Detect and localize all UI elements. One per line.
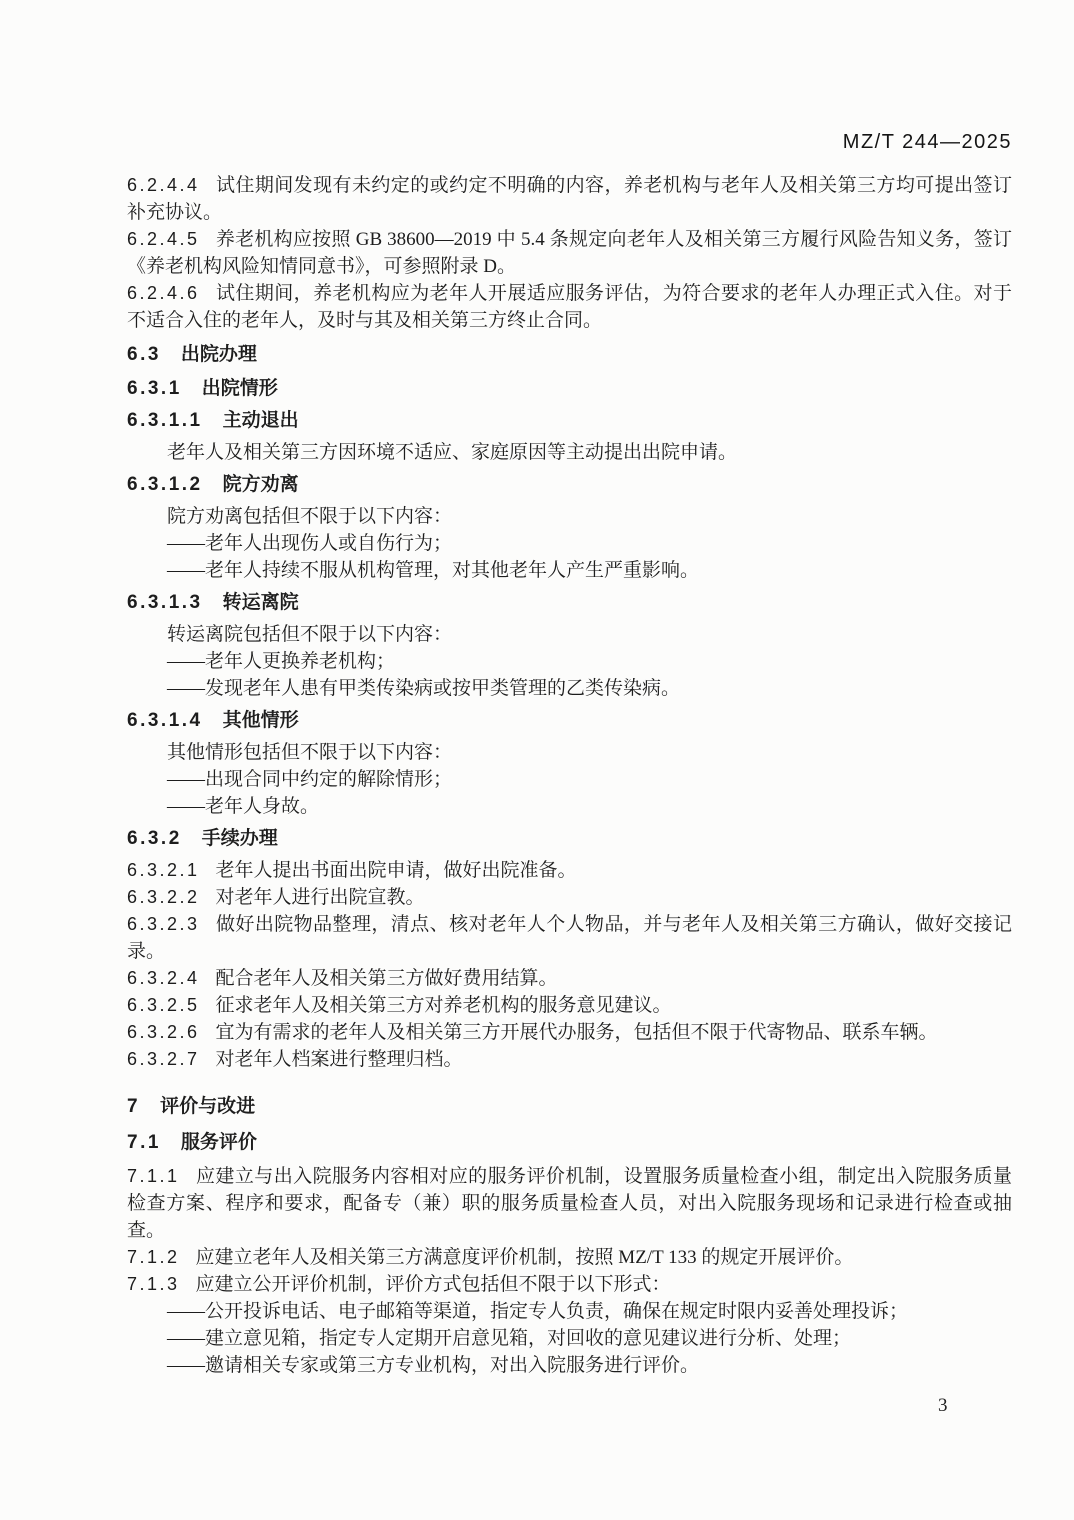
- clause-text: 应建立与出入院服务内容相对应的服务评价机制，设置服务质量检查小组，制定出入院服务…: [127, 1166, 1012, 1241]
- section-heading-6-3-1: 6.3.1出院情形: [127, 375, 1012, 402]
- clause-text: 对老年人进行出院宣教。: [216, 887, 425, 908]
- clause-number: 6.3.2.7: [127, 1049, 200, 1069]
- clause-text: 做好出院物品整理，清点、核对老年人个人物品，并与老年人及相关第三方确认，做好交接…: [127, 914, 1012, 962]
- clause-text: 配合老年人及相关第三方做好费用结算。: [216, 968, 558, 989]
- clause-6-3-2-4: 6.3.2.4配合老年人及相关第三方做好费用结算。: [127, 965, 1012, 992]
- heading-title: 主动退出: [223, 410, 299, 431]
- clause-text: 对老年人档案进行整理归档。: [216, 1049, 463, 1070]
- heading-title: 转运离院: [223, 592, 299, 613]
- dash-item: ——老年人持续不服从机构管理，对其他老年人产生严重影响。: [127, 557, 1012, 584]
- clause-number: 6.2.4.6: [127, 283, 200, 303]
- clause-text: 养老机构应按照 GB 38600—2019 中 5.4 条规定向老年人及相关第三…: [127, 229, 1012, 277]
- clause-6-3-2-6: 6.3.2.6宜为有需求的老年人及相关第三方开展代办服务，包括但不限于代寄物品、…: [127, 1019, 1012, 1046]
- paragraph: 老年人及相关第三方因环境不适应、家庭原因等主动提出出院申请。: [127, 439, 1012, 466]
- heading-title: 评价与改进: [160, 1096, 255, 1117]
- heading-number: 6.3.1.2: [127, 474, 203, 495]
- heading-title: 出院情形: [202, 378, 278, 399]
- paragraph: 院方劝离包括但不限于以下内容：: [127, 503, 1012, 530]
- clause-6-2-4-6: 6.2.4.6试住期间，养老机构应为老年人开展适应服务评估，为符合要求的老年人办…: [127, 280, 1012, 334]
- heading-title: 出院办理: [181, 344, 257, 365]
- clause-number: 6.3.2.5: [127, 995, 200, 1015]
- clause-7-1-1: 7.1.1应建立与出入院服务内容相对应的服务评价机制，设置服务质量检查小组，制定…: [127, 1163, 1012, 1244]
- heading-number: 6.3.1.4: [127, 710, 203, 731]
- document-page: MZ/T 244—2025 6.2.4.4试住期间发现有未约定的或约定不明确的内…: [0, 0, 1074, 1520]
- heading-number: 6.3.1.1: [127, 410, 203, 431]
- dash-item: ——出现合同中约定的解除情形；: [127, 766, 1012, 793]
- dash-item: ——邀请相关专家或第三方专业机构，对出入院服务进行评价。: [127, 1352, 1012, 1379]
- section-heading-6-3-2: 6.3.2手续办理: [127, 825, 1012, 852]
- dash-item: ——老年人身故。: [127, 793, 1012, 820]
- dash-item: ——建立意见箱，指定专人定期开启意见箱，对回收的意见建议进行分析、处理；: [127, 1325, 1012, 1352]
- clause-6-2-4-5: 6.2.4.5养老机构应按照 GB 38600—2019 中 5.4 条规定向老…: [127, 226, 1012, 280]
- section-heading-7: 7评价与改进: [127, 1093, 1012, 1120]
- clause-7-1-2: 7.1.2应建立老年人及相关第三方满意度评价机制，按照 MZ/T 133 的规定…: [127, 1244, 1012, 1271]
- clause-text: 应建立老年人及相关第三方满意度评价机制，按照 MZ/T 133 的规定开展评价。: [196, 1247, 854, 1268]
- section-heading-6-3: 6.3出院办理: [127, 341, 1012, 368]
- heading-title: 服务评价: [181, 1132, 257, 1153]
- heading-number: 7: [127, 1096, 140, 1117]
- clause-number: 6.3.2.3: [127, 914, 200, 934]
- standard-code: MZ/T 244—2025: [843, 131, 1012, 153]
- heading-number: 6.3: [127, 344, 161, 365]
- clause-number: 6.2.4.5: [127, 229, 200, 249]
- clause-number: 7.1.2: [127, 1247, 180, 1267]
- section-heading-6-3-1-4: 6.3.1.4其他情形: [127, 707, 1012, 734]
- clause-text: 征求老年人及相关第三方对养老机构的服务意见建议。: [216, 995, 672, 1016]
- clause-number: 6.3.2.2: [127, 887, 200, 907]
- section-heading-6-3-1-3: 6.3.1.3转运离院: [127, 589, 1012, 616]
- clause-text: 宜为有需求的老年人及相关第三方开展代办服务，包括但不限于代寄物品、联系车辆。: [216, 1022, 938, 1043]
- dash-item: ——公开投诉电话、电子邮箱等渠道，指定专人负责，确保在规定时限内妥善处理投诉；: [127, 1298, 1012, 1325]
- section-heading-6-3-1-2: 6.3.1.2院方劝离: [127, 471, 1012, 498]
- dash-item: ——老年人更换养老机构；: [127, 648, 1012, 675]
- page-number: 3: [938, 1395, 948, 1417]
- dash-item: ——老年人出现伤人或自伤行为；: [127, 530, 1012, 557]
- clause-number: 6.3.2.1: [127, 860, 200, 880]
- clause-number: 7.1.1: [127, 1166, 180, 1186]
- heading-number: 7.1: [127, 1132, 161, 1153]
- clause-number: 6.3.2.4: [127, 968, 200, 988]
- section-heading-7-1: 7.1服务评价: [127, 1129, 1012, 1156]
- clause-text: 应建立公开评价机制，评价方式包括但不限于以下形式：: [196, 1274, 671, 1295]
- clause-number: 6.2.4.4: [127, 175, 200, 195]
- clause-text: 试住期间发现有未约定的或约定不明确的内容，养老机构与老年人及相关第三方均可提出签…: [127, 175, 1012, 223]
- clause-number: 6.3.2.6: [127, 1022, 200, 1042]
- clause-6-3-2-1: 6.3.2.1老年人提出书面出院申请，做好出院准备。: [127, 857, 1012, 884]
- doc-header: MZ/T 244—2025: [127, 131, 1012, 154]
- heading-title: 院方劝离: [223, 474, 299, 495]
- clause-6-3-2-2: 6.3.2.2对老年人进行出院宣教。: [127, 884, 1012, 911]
- heading-title: 其他情形: [223, 710, 299, 731]
- heading-number: 6.3.1: [127, 378, 182, 399]
- clause-6-3-2-7: 6.3.2.7对老年人档案进行整理归档。: [127, 1046, 1012, 1073]
- clause-text: 老年人提出书面出院申请，做好出院准备。: [216, 860, 577, 881]
- clause-6-3-2-3: 6.3.2.3做好出院物品整理，清点、核对老年人个人物品，并与老年人及相关第三方…: [127, 911, 1012, 965]
- dash-item: ——发现老年人患有甲类传染病或按甲类管理的乙类传染病。: [127, 675, 1012, 702]
- doc-body: 6.2.4.4试住期间发现有未约定的或约定不明确的内容，养老机构与老年人及相关第…: [127, 172, 1012, 1379]
- clause-7-1-3: 7.1.3应建立公开评价机制，评价方式包括但不限于以下形式：: [127, 1271, 1012, 1298]
- heading-number: 6.3.1.3: [127, 592, 203, 613]
- clause-6-3-2-5: 6.3.2.5征求老年人及相关第三方对养老机构的服务意见建议。: [127, 992, 1012, 1019]
- section-heading-6-3-1-1: 6.3.1.1主动退出: [127, 407, 1012, 434]
- clause-6-2-4-4: 6.2.4.4试住期间发现有未约定的或约定不明确的内容，养老机构与老年人及相关第…: [127, 172, 1012, 226]
- clause-number: 7.1.3: [127, 1274, 180, 1294]
- paragraph: 其他情形包括但不限于以下内容：: [127, 739, 1012, 766]
- heading-title: 手续办理: [202, 828, 278, 849]
- paragraph: 转运离院包括但不限于以下内容：: [127, 621, 1012, 648]
- clause-text: 试住期间，养老机构应为老年人开展适应服务评估，为符合要求的老年人办理正式入住。对…: [127, 283, 1012, 331]
- heading-number: 6.3.2: [127, 828, 182, 849]
